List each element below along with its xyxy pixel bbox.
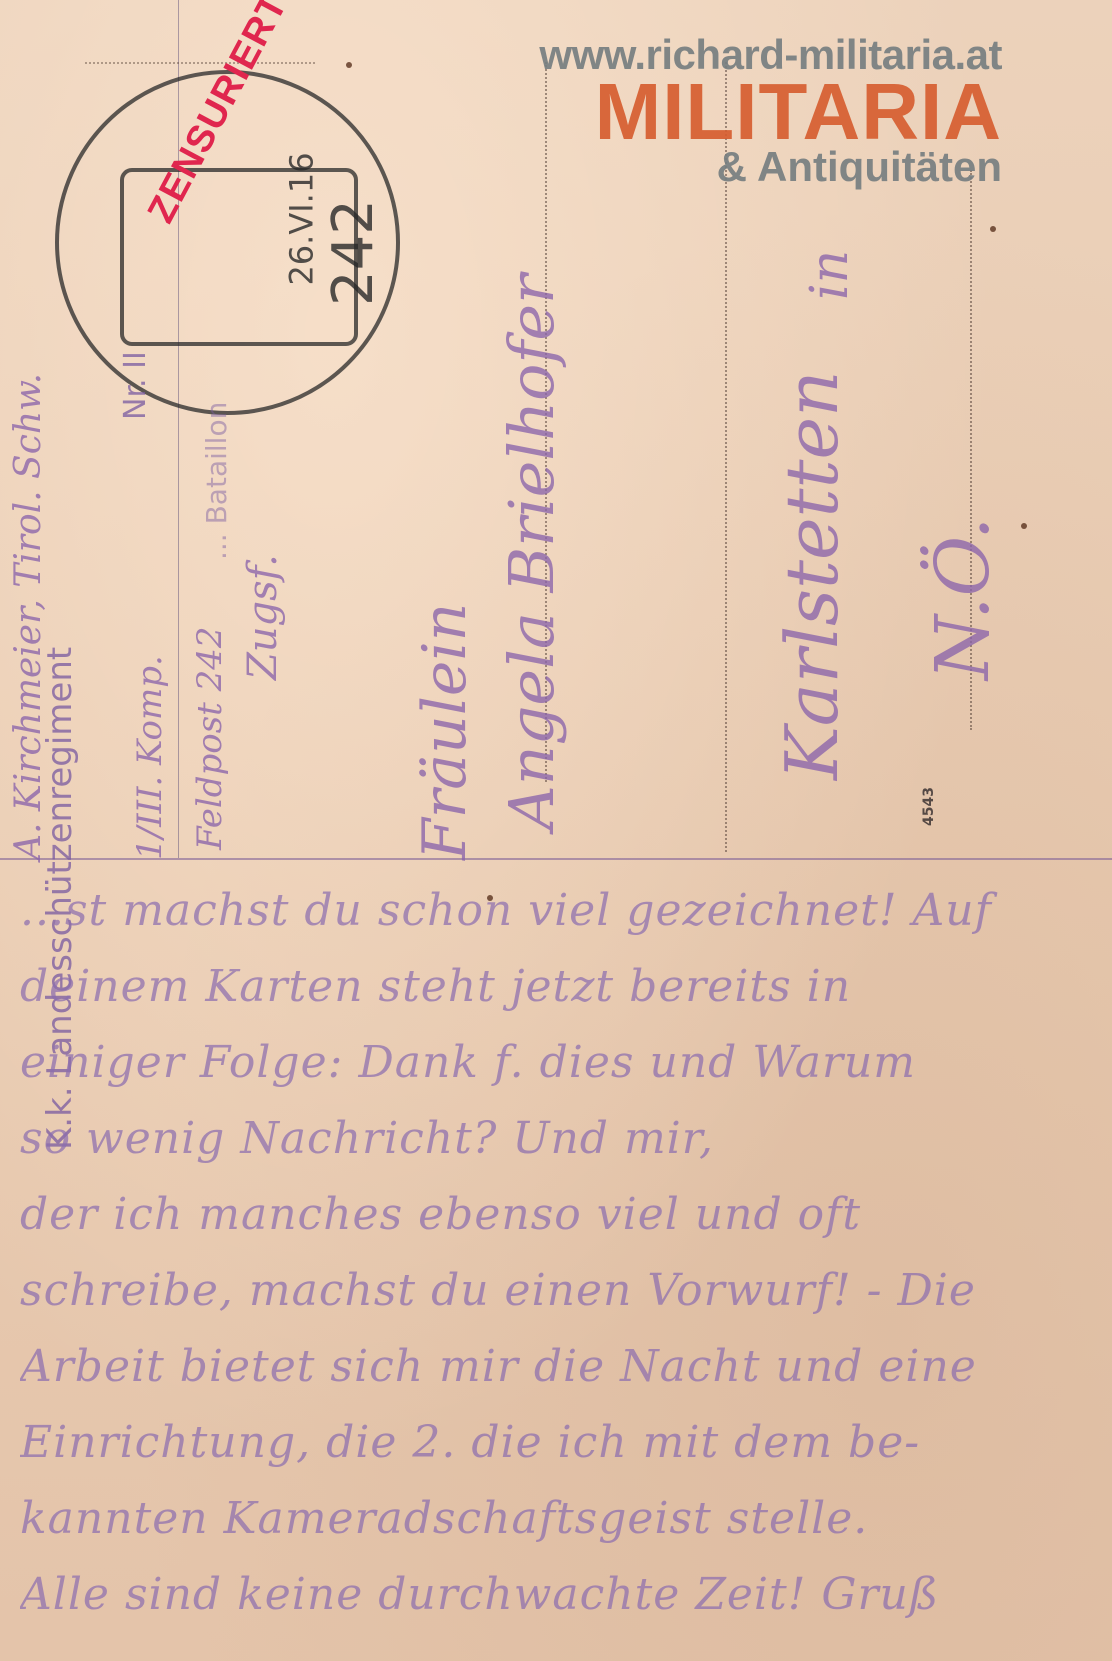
recipient-line-1: Fräulein (410, 603, 480, 860)
paper-speck (990, 226, 996, 232)
letter-line: ...st machst du schon viel gezeichnet! A… (20, 885, 1090, 961)
letter-line: einiger Folge: Dank f. dies und Warum (20, 1037, 1090, 1113)
letter-line: Einrichtung, die 2. die ich mit dem be- (20, 1417, 1090, 1493)
letter-line: Arbeit bietet sich mir die Nacht und ein… (20, 1341, 1090, 1417)
letter-line: der ich manches ebenso viel und oft (20, 1189, 1090, 1265)
recipient-line-5: N.Ö. (920, 517, 1006, 680)
postmark-number: 242 (321, 199, 386, 306)
recipient-line-2: Angela Brielhofer (495, 274, 568, 830)
letter-line: kannten Kameradschaftsgeist stelle. (20, 1493, 1090, 1569)
recipient-line-4: Karlstetten (770, 371, 854, 781)
paper-speck (487, 895, 493, 901)
card-number: 4543 (921, 787, 937, 826)
letter-body: ...st machst du schon viel gezeichnet! A… (20, 885, 1090, 1645)
regimental-stamp-line-2: Nr. II (118, 351, 153, 420)
watermark-brand: MILITARIA (539, 72, 1002, 152)
letter-line: deinem Karten steht jetzt bereits in (20, 961, 1090, 1037)
regimental-stamp-line-3: ... Bataillon (200, 402, 233, 560)
paper-speck (1021, 523, 1027, 529)
paper-speck (346, 62, 352, 68)
sender-annotation: Feldpost 242 (190, 626, 230, 850)
sender-line-2: 1/III. Komp. (130, 655, 170, 860)
letter-line: so wenig Nachricht? Und mir, (20, 1113, 1090, 1189)
stamp-box-top-border (85, 62, 315, 64)
sender-line-1: A. Kirchmeier, Tirol. Schw. (8, 373, 49, 860)
sender-line-3: Zugsf. (240, 554, 286, 680)
letter-line: schreibe, machst du einen Vorwurf! - Die (20, 1265, 1090, 1341)
postmark-date: 26.VI.16 (283, 152, 321, 285)
postcard-back: 26.VI.16 242 ZENSURIERT K.k. Landesschüt… (0, 0, 1112, 1661)
watermark: www.richard-militaria.at MILITARIA & Ant… (539, 34, 1002, 188)
letter-line: Alle sind keine durchwachte Zeit! Gruß (20, 1569, 1090, 1645)
recipient-line-3: in (800, 250, 860, 300)
